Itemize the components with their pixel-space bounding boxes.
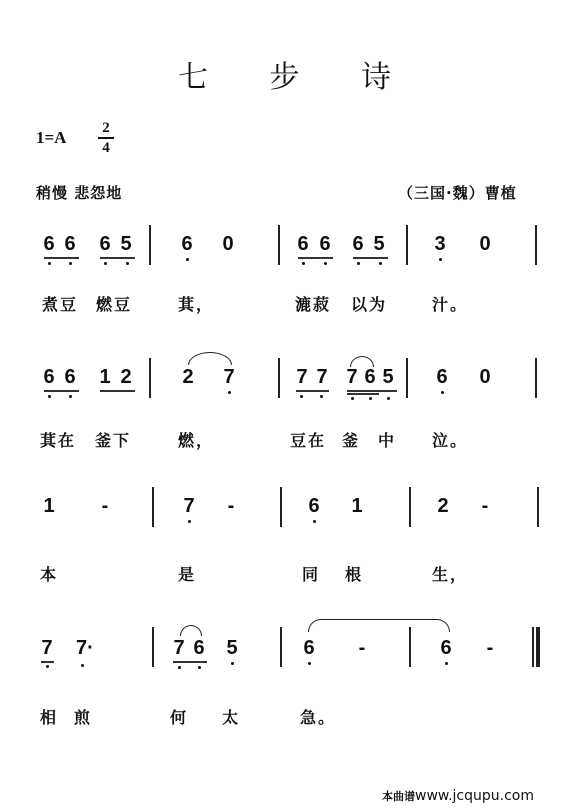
time-signature-bar — [98, 137, 114, 139]
low-dot — [126, 262, 129, 265]
low-dot — [186, 258, 189, 261]
low-dot — [320, 395, 323, 398]
watermark-site: www.jcqupu.com — [415, 788, 534, 804]
note: 6 — [363, 366, 377, 388]
lyric: 是 — [178, 562, 196, 585]
note: 1 — [42, 495, 56, 517]
rest: 0 — [478, 366, 492, 388]
low-dot — [441, 391, 444, 394]
note: 3 — [433, 233, 447, 255]
barline — [278, 225, 280, 265]
low-dot — [228, 391, 231, 394]
dash: - — [355, 637, 369, 659]
lyric: 漉菽 — [295, 292, 331, 315]
note: 6 — [302, 637, 316, 659]
lyric: 以为 — [351, 292, 387, 315]
barline — [537, 487, 539, 527]
barline — [149, 225, 151, 265]
note: 6 — [307, 495, 321, 517]
lyric: 燃， — [178, 428, 214, 451]
tempo-marking: 稍慢 悲怨地 — [36, 182, 122, 203]
low-dot — [48, 262, 51, 265]
note: 1 — [350, 495, 364, 517]
barline — [278, 358, 280, 398]
watermark-prefix: 本曲谱 — [382, 790, 415, 803]
rest: 0 — [478, 233, 492, 255]
underline — [100, 257, 135, 259]
barline — [280, 487, 282, 527]
lyric: 急。 — [300, 705, 336, 728]
note: 5 — [119, 233, 133, 255]
low-dot — [302, 262, 305, 265]
low-dot — [69, 395, 72, 398]
note: 7 — [295, 366, 309, 388]
time-signature-numerator: 2 — [102, 120, 110, 136]
underline — [296, 390, 329, 392]
dash: - — [478, 495, 492, 517]
low-dot — [300, 395, 303, 398]
note: 6 — [42, 233, 56, 255]
note: 7 — [315, 366, 329, 388]
lyric: 煎 — [74, 705, 92, 728]
underline — [100, 390, 135, 392]
note: 2 — [119, 366, 133, 388]
note: 6 — [351, 233, 365, 255]
low-dot — [308, 662, 311, 665]
underline — [298, 257, 333, 259]
lyric: 泣。 — [432, 428, 468, 451]
lyric: 釜 — [342, 428, 360, 451]
lyric: 萁， — [178, 292, 214, 315]
score-line-2: 6 6 1 2 2 7 7 7 7 6 5 6 0 萁在 釜下 燃， 豆在 釜 … — [0, 352, 569, 462]
score-line-1: 6 6 6 5 6 0 6 6 6 5 3 0 煮豆 燃豆 萁， 漉菽 以为 汁… — [0, 225, 569, 335]
low-dot — [369, 397, 372, 400]
note: 6 — [318, 233, 332, 255]
underline — [41, 661, 54, 663]
note: 7 — [222, 366, 236, 388]
low-dot — [48, 395, 51, 398]
underline — [347, 393, 379, 395]
lyric: 同 — [302, 562, 320, 585]
barline — [152, 487, 154, 527]
note: 2 — [436, 495, 450, 517]
lyric: 釜下 — [95, 428, 131, 451]
low-dot — [439, 258, 442, 261]
slur — [188, 352, 232, 365]
note: 7· — [76, 637, 98, 659]
low-dot — [81, 664, 84, 667]
note: 7 — [172, 637, 186, 659]
note: 7 — [40, 637, 54, 659]
barline — [406, 358, 408, 398]
key-signature: 1=A — [36, 128, 66, 148]
note: 6 — [63, 366, 77, 388]
low-dot — [445, 662, 448, 665]
note: 6 — [42, 366, 56, 388]
lyric: 太 — [222, 705, 240, 728]
low-dot — [324, 262, 327, 265]
barline — [152, 627, 154, 667]
note: 1 — [98, 366, 112, 388]
low-dot — [379, 262, 382, 265]
dash: - — [224, 495, 238, 517]
note: 5 — [225, 637, 239, 659]
underline — [347, 390, 397, 392]
note: 6 — [98, 233, 112, 255]
watermark: 本曲谱www.jcqupu.com — [382, 788, 534, 804]
lyric: 根 — [345, 562, 363, 585]
barline — [409, 627, 411, 667]
underline — [44, 257, 79, 259]
note: 6 — [435, 366, 449, 388]
final-barline-thin — [532, 627, 534, 667]
barline — [535, 358, 537, 398]
low-dot — [188, 520, 191, 523]
score-line-4: 7 7· 7 6 5 6 - 6 - 相 煎 何 太 急。 — [0, 625, 569, 735]
note: 2 — [181, 366, 195, 388]
low-dot — [231, 662, 234, 665]
note: 5 — [381, 366, 395, 388]
score-line-3: 1 - 7 - 6 1 2 - 本 是 同 根 生， — [0, 485, 569, 595]
barline — [149, 358, 151, 398]
barline — [280, 627, 282, 667]
low-dot — [178, 666, 181, 669]
lyric: 汁。 — [432, 292, 468, 315]
underline — [173, 661, 207, 663]
tie — [308, 619, 450, 632]
note: 6 — [296, 233, 310, 255]
lyric: 豆在 — [290, 428, 326, 451]
lyric: 相 — [40, 705, 58, 728]
barline — [535, 225, 537, 265]
low-dot — [46, 665, 49, 668]
underline — [44, 390, 79, 392]
note: 6 — [63, 233, 77, 255]
underline — [353, 257, 388, 259]
low-dot — [351, 397, 354, 400]
time-signature: 2 4 — [98, 120, 114, 156]
lyric: 本 — [40, 562, 58, 585]
low-dot — [387, 397, 390, 400]
low-dot — [357, 262, 360, 265]
final-barline-thick — [536, 627, 540, 667]
song-title: 七 步 诗 — [0, 52, 569, 96]
author-credit: （三国·魏）曹植 — [398, 182, 517, 203]
lyric: 何 — [170, 705, 188, 728]
slur — [180, 625, 202, 636]
rest: 0 — [221, 233, 235, 255]
dash: - — [483, 637, 497, 659]
low-dot — [69, 262, 72, 265]
note: 5 — [372, 233, 386, 255]
barline — [409, 487, 411, 527]
lyric: 中 — [378, 428, 396, 451]
low-dot — [104, 262, 107, 265]
note: 7 — [182, 495, 196, 517]
lyric: 煮豆 — [42, 292, 78, 315]
low-dot — [313, 520, 316, 523]
lyric: 生， — [432, 562, 468, 585]
lyric: 燃豆 — [96, 292, 132, 315]
note: 6 — [439, 637, 453, 659]
low-dot — [198, 666, 201, 669]
note: 7 — [345, 366, 359, 388]
time-signature-denominator: 4 — [102, 140, 110, 156]
dash: - — [98, 495, 112, 517]
note: 6 — [180, 233, 194, 255]
lyric: 萁在 — [40, 428, 76, 451]
barline — [406, 225, 408, 265]
note: 6 — [192, 637, 206, 659]
